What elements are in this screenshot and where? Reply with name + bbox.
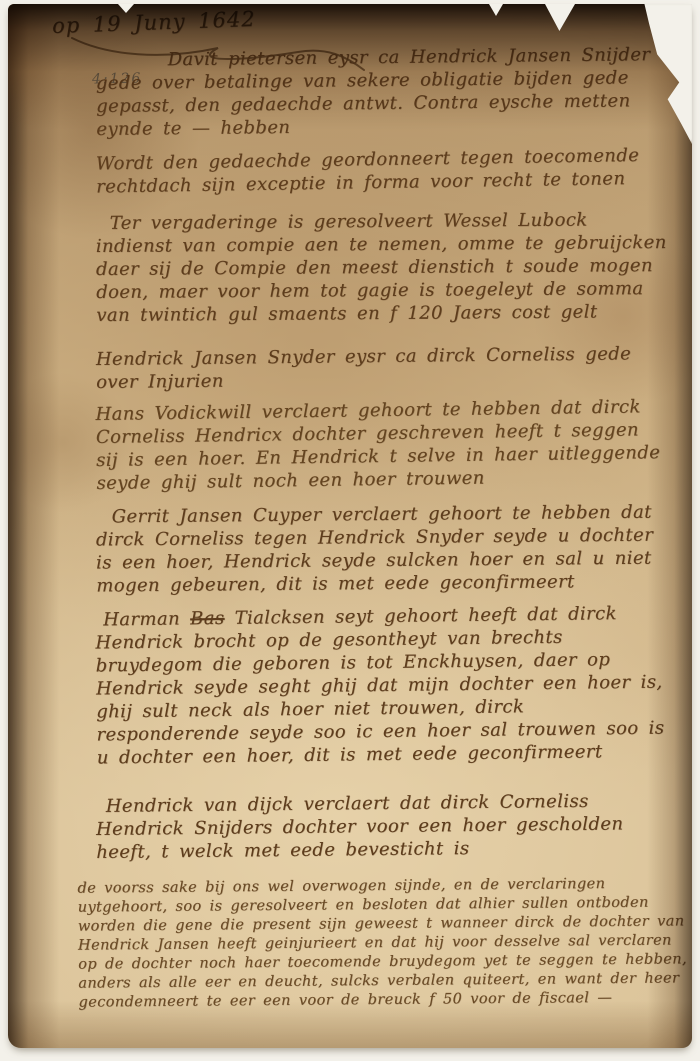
manuscript-paragraph: Davit pietersen eysr ca Hendrick Jansen …	[96, 43, 671, 141]
manuscript-paragraph: Wordt den gedaechde geordonneert tegen t…	[96, 143, 671, 198]
crossed-out-word: Bas	[190, 608, 225, 629]
manuscript-paragraph: Hendrick Jansen Snyder eysr ca dirck Cor…	[96, 342, 670, 394]
manuscript-paragraph: Ter vergaderinge is geresolveert Wessel …	[96, 208, 671, 327]
manuscript-paragraph: de voorss sake bij ons wel overwogen sij…	[77, 874, 688, 1012]
faint-ink-traces	[258, 4, 578, 20]
ink-layer: op 19 Juny 1642 4:126 Davit pietersen ey…	[8, 4, 692, 1048]
manuscript-paragraph: Hendrick van dijck verclaert dat dirck C…	[96, 789, 671, 864]
manuscript-paragraph: Gerrit Jansen Cuyper verclaert gehoort t…	[96, 500, 671, 597]
manuscript-page: op 19 Juny 1642 4:126 Davit pietersen ey…	[8, 4, 692, 1048]
scan-background: op 19 Juny 1642 4:126 Davit pietersen ey…	[0, 0, 700, 1061]
manuscript-paragraph: Hans Vodickwill verclaert gehoort te heb…	[95, 395, 670, 495]
manuscript-text: Davit pietersen eysr ca Hendrick Jansen …	[96, 44, 670, 1010]
manuscript-paragraph: Harman Bas Tialcksen seyt gehoort heeft …	[95, 601, 671, 769]
